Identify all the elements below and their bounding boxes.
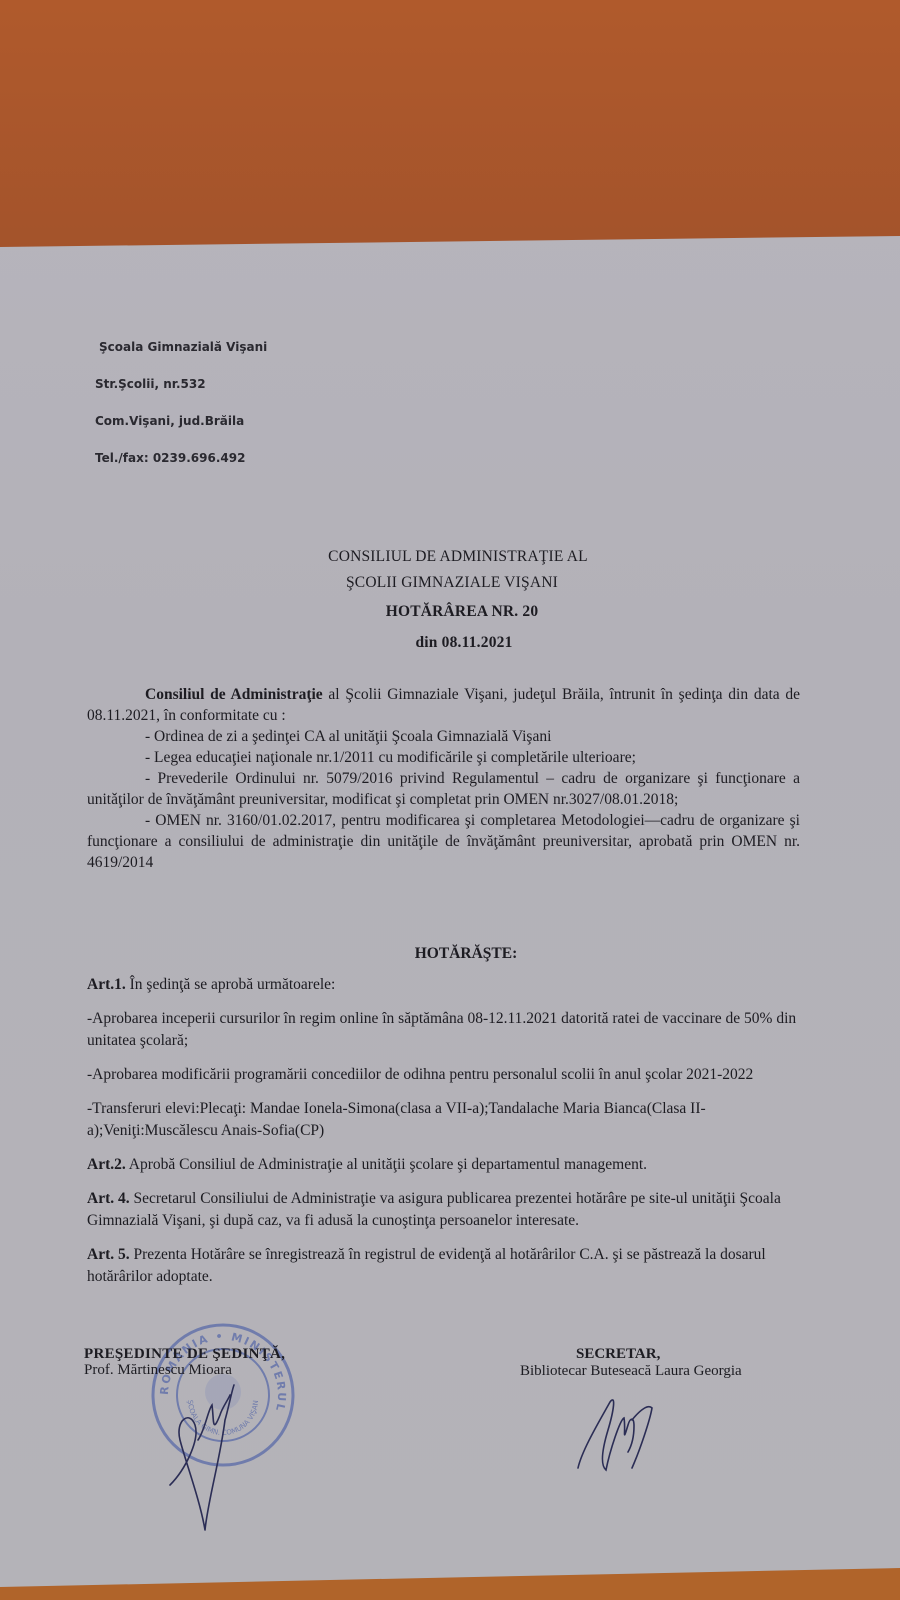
secretary-signature-icon bbox=[570, 1390, 670, 1480]
school-phone: Tel./fax: 0239.696.492 bbox=[95, 451, 267, 488]
article-1-item: -Aprobarea modificării programării conce… bbox=[87, 1064, 807, 1086]
article-5: Art. 5. Prezenta Hotărâre se înregistrea… bbox=[87, 1244, 807, 1288]
preamble-item: - OMEN nr. 3160/01.02.2017, pentru modif… bbox=[87, 810, 800, 873]
preamble-item: - Prevederile Ordinului nr. 5079/2016 pr… bbox=[87, 768, 800, 810]
school-locality: Com.Vişani, jud.Brăila bbox=[95, 414, 267, 451]
signature-role: SECRETAR, bbox=[520, 1346, 742, 1363]
signature-role: PREŞEDINTE DE ŞEDINŢĂ, bbox=[84, 1346, 285, 1362]
school-header: Şcoala Gimnazială Vişani Str.Şcolii, nr.… bbox=[95, 340, 267, 488]
article-1-item: -Aprobarea inceperii cursurilor în regim… bbox=[87, 1008, 807, 1052]
president-signature-icon bbox=[150, 1380, 260, 1540]
signature-name: Bibliotecar Buteseacă Laura Georgia bbox=[520, 1363, 742, 1380]
preamble-lead: Consiliul de Administraţie bbox=[145, 686, 323, 703]
articles-list: Art.1. În şedinţă se aprobă următoarele:… bbox=[87, 974, 807, 1300]
council-title-line2: ŞCOLII GIMNAZIALE VIŞANI bbox=[0, 574, 900, 592]
article-1-item: -Transferuri elevi:Plecaţi: Mandae Ionel… bbox=[87, 1098, 807, 1142]
signature-block-president: PREŞEDINTE DE ŞEDINŢĂ, Prof. Mărtinescu … bbox=[84, 1346, 285, 1378]
preamble-item: - Legea educaţiei naţionale nr.1/2011 cu… bbox=[87, 747, 800, 768]
decision-number: HOTĂRÂREA NR. 20 bbox=[0, 603, 900, 621]
preamble: Consiliul de Administraţie al Şcolii Gim… bbox=[87, 684, 800, 873]
school-street: Str.Şcolii, nr.532 bbox=[95, 377, 267, 414]
article-label: Art.2. bbox=[87, 1156, 126, 1173]
article-2: Art.2. Aprobă Consiliul de Administraţie… bbox=[87, 1154, 807, 1176]
decision-date: din 08.11.2021 bbox=[0, 634, 900, 652]
signature-block-secretary: SECRETAR, Bibliotecar Buteseacă Laura Ge… bbox=[520, 1346, 742, 1380]
document-content: Şcoala Gimnazială Vişani Str.Şcolii, nr.… bbox=[0, 0, 900, 1600]
article-4: Art. 4. Secretarul Consiliului de Admini… bbox=[87, 1188, 807, 1232]
article-1: Art.1. În şedinţă se aprobă următoarele: bbox=[87, 974, 807, 996]
article-label: Art.1. bbox=[87, 976, 126, 993]
council-title-line1: CONSILIUL DE ADMINISTRAŢIE AL bbox=[0, 548, 900, 566]
signature-name: Prof. Mărtinescu Mioara bbox=[84, 1362, 285, 1378]
article-label: Art. 4. bbox=[87, 1190, 130, 1207]
decides-heading: HOTĂRĂŞTE: bbox=[0, 945, 900, 963]
school-name: Şcoala Gimnazială Vişani bbox=[95, 340, 267, 377]
preamble-item: - Ordinea de zi a şedinţei CA al unităţi… bbox=[87, 726, 800, 747]
article-label: Art. 5. bbox=[87, 1246, 130, 1263]
